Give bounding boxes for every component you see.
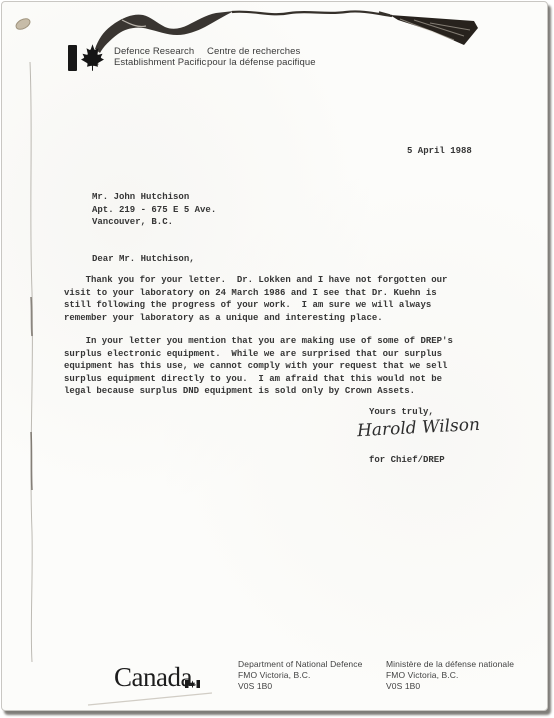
body-line: In your letter you mention that you are … — [64, 335, 453, 348]
body-line: equipment has this use, we cannot comply… — [64, 360, 453, 373]
recipient-address-block: Mr. John Hutchison Apt. 219 - 675 E 5 Av… — [92, 191, 216, 229]
scanned-letter-page: Defence Research Establishment Pacific C… — [1, 1, 548, 711]
left-crease-line — [30, 62, 32, 662]
body-paragraph-2: In your letter you mention that you are … — [64, 335, 453, 398]
org-name-en: Defence Research Establishment Pacific — [114, 46, 206, 68]
footer-dept-fr-line1: Ministère de la défense nationale — [386, 659, 514, 670]
signature-title: for Chief/DREP — [369, 454, 445, 467]
flag-bar-icon — [68, 45, 77, 71]
body-line: visit to your laboratory on 24 March 198… — [64, 287, 447, 300]
org-name-en-line1: Defence Research — [114, 46, 206, 57]
footer-dept-en-line3: V0S 1B0 — [238, 681, 362, 692]
recipient-address-line2: Vancouver, B.C. — [92, 216, 216, 229]
canada-wordmark-text: Canada — [114, 662, 192, 692]
org-name-fr-line1: Centre de recherches — [207, 46, 316, 57]
footer-dept-fr-line3: V0S 1B0 — [386, 681, 514, 692]
footer-dept-en-line1: Department of National Defence — [238, 659, 362, 670]
recipient-address-line1: Apt. 219 - 675 E 5 Ave. — [92, 204, 216, 217]
body-line: still following the progress of your wor… — [64, 299, 447, 312]
body-paragraph-1: Thank you for your letter. Dr. Lokken an… — [64, 274, 447, 324]
footer-dept-fr: Ministère de la défense nationale FMO Vi… — [386, 659, 514, 692]
maple-leaf-icon — [80, 43, 105, 72]
letter-date: 5 April 1988 — [407, 145, 472, 158]
body-line: Thank you for your letter. Dr. Lokken an… — [64, 274, 447, 287]
staple-hole — [14, 17, 31, 32]
org-name-fr-line2: pour la défense pacifique — [207, 57, 316, 68]
closing-phrase: Yours truly, — [369, 406, 434, 419]
org-name-en-line2: Establishment Pacific — [114, 57, 206, 68]
body-line: remember your laboratory as a unique and… — [64, 312, 447, 325]
footer-dept-en: Department of National Defence FMO Victo… — [238, 659, 362, 692]
torn-edge-line — [232, 11, 392, 16]
footer-dept-en-line2: FMO Victoria, B.C. — [238, 670, 362, 681]
canada-flag-icon — [185, 664, 200, 672]
body-line: legal because surplus DND equipment is s… — [64, 385, 453, 398]
org-name-fr: Centre de recherches pour la défense pac… — [207, 46, 316, 68]
footer-dept-fr-line2: FMO Victoria, B.C. — [386, 670, 514, 681]
salutation: Dear Mr. Hutchison, — [92, 253, 195, 266]
handwritten-signature: Harold Wilson — [357, 415, 481, 441]
bottom-crease-line — [88, 693, 212, 705]
torn-paper-triangle — [390, 15, 478, 45]
recipient-name: Mr. John Hutchison — [92, 191, 216, 204]
body-line: surplus electronic equipment. While we a… — [64, 348, 453, 361]
canada-wordmark: Canada — [114, 662, 192, 693]
body-line: surplus equipment directly to you. I am … — [64, 373, 453, 386]
